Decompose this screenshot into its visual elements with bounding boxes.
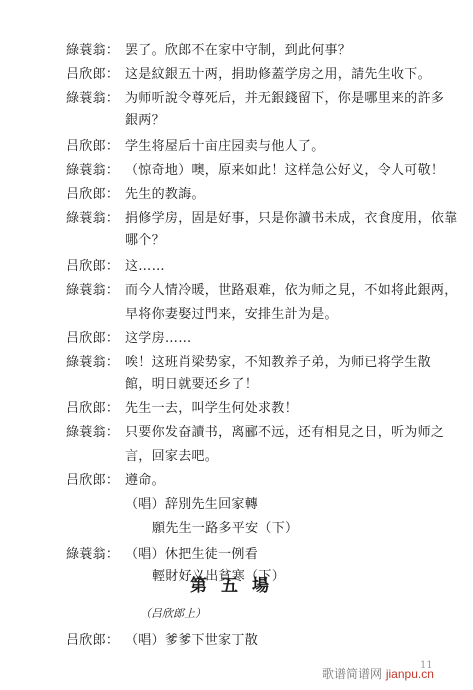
watermark: 歌谱简谱网 jianpu.cn xyxy=(322,665,434,682)
speaker-name: 吕欣郎： xyxy=(66,630,125,652)
dialogue-line: 綠蓑翁：罢了。欣郎不在家中守制，到此何事？ xyxy=(66,40,351,62)
dialogue-line: 吕欣郎：这学房…… xyxy=(66,328,192,350)
dialogue-text: （唱）辞別先生回家轉 xyxy=(125,497,258,512)
speaker-name: 綠蓑翁： xyxy=(66,160,125,182)
speaker-name: 綠蓑翁： xyxy=(66,208,125,230)
dialogue-line: 哪个？ xyxy=(125,230,165,252)
dialogue-line: 早将你妻娶过門来，安排生計为是。 xyxy=(125,304,338,326)
dialogue-text: 館，明日就要还乡了！ xyxy=(125,377,258,392)
dialogue-line: 綠蓑翁：（唱）休把生徒一例看 xyxy=(66,544,258,566)
dialogue-line: 綠蓑翁：为师听說令尊死后，并无銀錢留下，你是哪里来的許多 xyxy=(66,88,444,110)
dialogue-text: 而今人情冷暖，世路艰难，依为师之見，不如将此銀两， xyxy=(125,283,458,298)
dialogue-line: 吕欣郎：遵命。 xyxy=(66,470,165,492)
dialogue-line: 言，回家去吧。 xyxy=(125,446,218,468)
dialogue-text: （唱）休把生徒一例看 xyxy=(125,547,258,562)
dialogue-text: 罢了。欣郎不在家中守制，到此何事？ xyxy=(125,43,351,58)
speaker-name: 吕欣郎： xyxy=(66,136,125,158)
speaker-name: 吕欣郎： xyxy=(66,184,125,206)
dialogue-text: 言，回家去吧。 xyxy=(125,449,218,464)
final-dialogue-line: 吕欣郎：（唱）爹爹下世家丁散 xyxy=(66,630,258,652)
dialogue-line: 吕欣郎：这是紋銀五十两，捐助修蓋学房之用，請先生收下。 xyxy=(66,64,431,86)
dialogue-text: 这学房…… xyxy=(125,331,192,346)
dialogue-line: 願先生一路多平安（下） xyxy=(152,518,298,540)
watermark-site: jianpu.cn xyxy=(386,667,434,681)
speaker-name: 吕欣郎： xyxy=(66,256,125,278)
dialogue-line: 綠蓑翁：（惊奇地）噢，原来如此！这样急公好义，令人可敬！ xyxy=(66,160,444,182)
speaker-name: 綠蓑翁： xyxy=(66,544,125,566)
dialogue-text: 哪个？ xyxy=(125,233,165,248)
dialogue-text: 学生将屋后十亩庄园卖与他人了。 xyxy=(125,139,325,154)
speaker-name: 吕欣郎： xyxy=(66,470,125,492)
dialogue-text: 这…… xyxy=(125,259,165,274)
speaker-name: 綠蓑翁： xyxy=(66,40,125,62)
dialogue-text: 为师听說令尊死后，并无銀錢留下，你是哪里来的許多 xyxy=(125,91,444,106)
dialogue-line: 銀两？ xyxy=(125,110,165,132)
dialogue-line: 館，明日就要还乡了！ xyxy=(125,374,258,396)
dialogue-text: 遵命。 xyxy=(125,473,165,488)
dialogue-line: 綠蓑翁：只要你发奋讀书，离郦不远，还有相見之日，听为师之 xyxy=(66,422,444,444)
dialogue-line: 綠蓑翁：而今人情冷暖，世路艰难，依为师之見，不如将此銀两， xyxy=(66,280,458,302)
dialogue-text: 捐修学房，固是好事，只是你讀书未成，衣食度用，依靠 xyxy=(125,211,458,226)
dialogue-text: 这是紋銀五十两，捐助修蓋学房之用，請先生收下。 xyxy=(125,67,431,82)
watermark-label: 歌谱简谱网 xyxy=(322,667,382,681)
stage-direction: （吕欣郎上） xyxy=(140,605,206,621)
speaker-name: 綠蓑翁： xyxy=(66,352,125,374)
speaker-name: 吕欣郎： xyxy=(66,64,125,86)
dialogue-line: （唱）辞別先生回家轉 xyxy=(125,494,258,516)
speaker-name: 綠蓑翁： xyxy=(66,422,125,444)
dialogue-text: 只要你发奋讀书，离郦不远，还有相見之日，听为师之 xyxy=(125,425,444,440)
dialogue-line: 吕欣郎：先生一去，叫学生何处求教！ xyxy=(66,398,298,420)
dialogue-line: 吕欣郎：这…… xyxy=(66,256,165,278)
dialogue-text: 先生的教誨。 xyxy=(125,187,205,202)
dialogue-line: 吕欣郎：先生的教誨。 xyxy=(66,184,205,206)
dialogue-text: 早将你妻娶过門来，安排生計为是。 xyxy=(125,307,338,322)
speaker-name: 綠蓑翁： xyxy=(66,280,125,302)
dialogue-line: 綠蓑翁：捐修学房，固是好事，只是你讀书未成，衣食度用，依靠 xyxy=(66,208,458,230)
dialogue-text: 願先生一路多平安（下） xyxy=(152,521,298,536)
dialogue-text: （唱）爹爹下世家丁散 xyxy=(125,633,258,648)
dialogue-text: 銀两？ xyxy=(125,113,165,128)
scene-title: 第五場 xyxy=(0,571,473,596)
dialogue-text: 唉！这班肖梁势家，不知教养子弟，为师已将学生散 xyxy=(125,355,431,370)
speaker-name: 綠蓑翁： xyxy=(66,88,125,110)
dialogue-text: （惊奇地）噢，原来如此！这样急公好义，令人可敬！ xyxy=(125,163,444,178)
dialogue-text: 先生一去，叫学生何处求教！ xyxy=(125,401,298,416)
speaker-name: 吕欣郎： xyxy=(66,398,125,420)
speaker-name: 吕欣郎： xyxy=(66,328,125,350)
dialogue-line: 吕欣郎：学生将屋后十亩庄园卖与他人了。 xyxy=(66,136,325,158)
dialogue-line: 綠蓑翁：唉！这班肖梁势家，不知教养子弟，为师已将学生散 xyxy=(66,352,431,374)
